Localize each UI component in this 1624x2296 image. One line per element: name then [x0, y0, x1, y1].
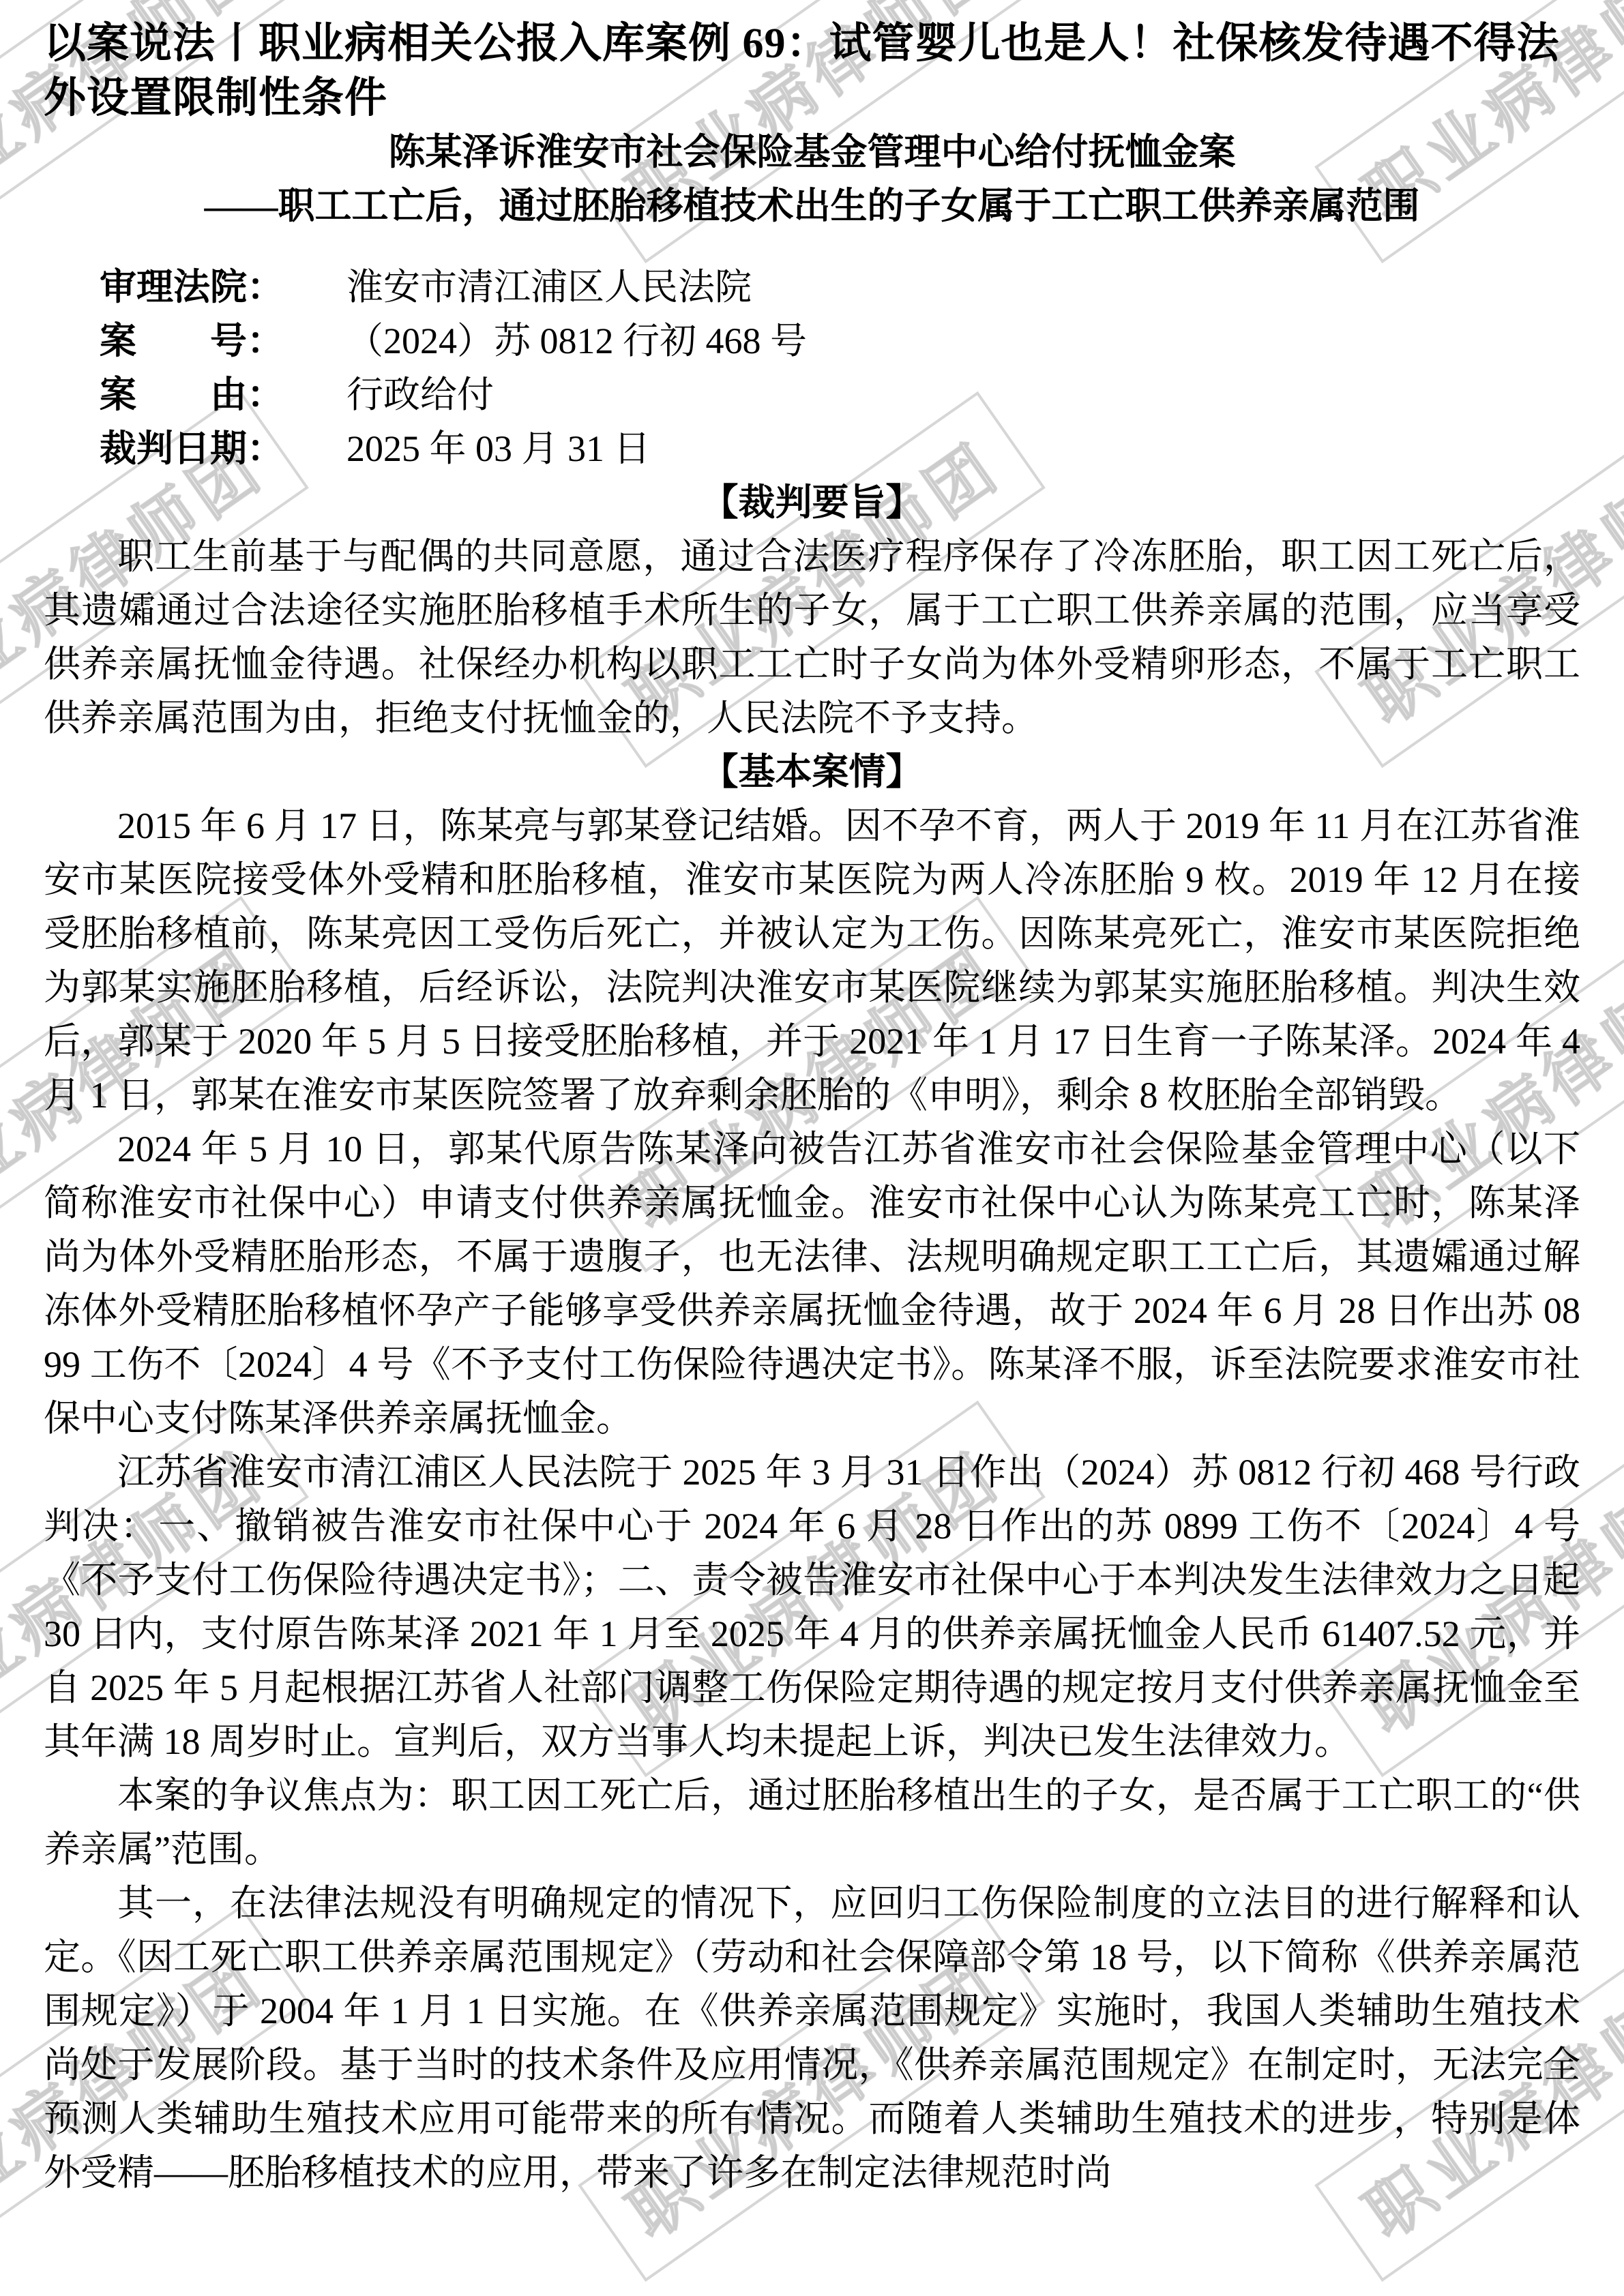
facts-paragraph-4: 本案的争议焦点为：职工因工死亡后，通过胚胎移植出生的子女，是否属于工亡职工的“供… [44, 1769, 1580, 1877]
metadata-block: 审理法院：淮安市清江浦区人民法院 案 号：（2024）苏 0812 行初 468… [44, 260, 1580, 476]
document-page: 以案说法丨职业病相关公报入库案例 69：试管婴儿也是人！社保核发待遇不得法外设置… [0, 0, 1624, 2200]
facts-paragraph-1: 2015 年 6 月 17 日，陈某亮与郭某登记结婚。因不孕不育，两人于 201… [44, 799, 1580, 1122]
section-heading-facts: 【基本案情】 [44, 745, 1580, 799]
meta-label-case-number: 案 号： [100, 314, 346, 368]
meta-value-cause: 行政给付 [346, 368, 1580, 422]
meta-row-cause: 案 由：行政给付 [44, 368, 1580, 422]
facts-paragraph-2: 2024 年 5 月 10 日，郭某代原告陈某泽向被告江苏省淮安市社会保险基金管… [44, 1122, 1580, 1446]
section-heading-summary: 【裁判要旨】 [44, 476, 1580, 530]
meta-label-cause: 案 由： [100, 368, 346, 422]
meta-row-court: 审理法院：淮安市清江浦区人民法院 [44, 260, 1580, 314]
facts-paragraph-5: 其一，在法律法规没有明确规定的情况下，应回归工伤保险制度的立法目的进行解释和认定… [44, 1877, 1580, 2200]
facts-paragraph-3: 江苏省淮安市清江浦区人民法院于 2025 年 3 月 31 日作出（2024）苏… [44, 1446, 1580, 1769]
case-name: 陈某泽诉淮安市社会保险基金管理中心给付抚恤金案 [44, 125, 1580, 179]
meta-row-case-number: 案 号：（2024）苏 0812 行初 468 号 [44, 314, 1580, 368]
summary-paragraph: 职工生前基于与配偶的共同意愿，通过合法医疗程序保存了冷冻胚胎，职工因工死亡后，其… [44, 530, 1580, 745]
meta-label-court: 审理法院： [100, 260, 346, 314]
meta-label-judgment-date: 裁判日期： [100, 422, 346, 476]
meta-row-judgment-date: 裁判日期：2025 年 03 月 31 日 [44, 422, 1580, 476]
page-title: 以案说法丨职业病相关公报入库案例 69：试管婴儿也是人！社保核发待遇不得法外设置… [44, 16, 1580, 125]
case-subtitle: ——职工工亡后，通过胚胎移植技术出生的子女属于工亡职工供养亲属范围 [44, 179, 1580, 233]
meta-value-judgment-date: 2025 年 03 月 31 日 [346, 422, 1580, 476]
meta-value-case-number: （2024）苏 0812 行初 468 号 [346, 314, 1580, 368]
meta-value-court: 淮安市清江浦区人民法院 [346, 260, 1580, 314]
